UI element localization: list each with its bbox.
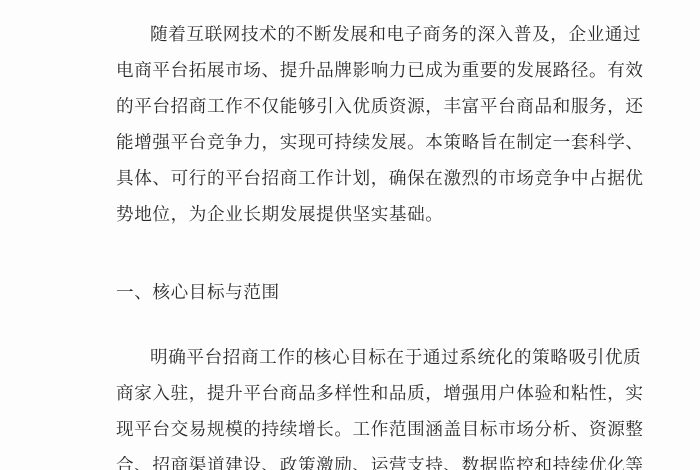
paragraph-line: 的平台招商工作不仅能够引入优质资源，丰富平台商品和服务，还: [116, 96, 586, 118]
paragraph-line: 商家入驻，提升平台商品多样性和品质，增强用户体验和粘性，实: [116, 383, 586, 405]
paragraph-line: 合、招商渠道建设、政策激励、运营支持、数据监控和持续优化等: [116, 455, 586, 470]
paragraph-line: 现平台交易规模的持续增长。工作范围涵盖目标市场分析、资源整: [116, 419, 586, 441]
paragraph-line: 具体、可行的平台招商工作计划，确保在激烈的市场竞争中占据优: [116, 168, 586, 190]
paragraph-line: 能增强平台竞争力，实现可持续发展。本策略旨在制定一套科学、: [116, 132, 586, 154]
paragraph-line: 势地位，为企业长期发展提供坚实基础。: [116, 204, 586, 226]
paragraph-line: 明确平台招商工作的核心目标在于通过系统化的策略吸引优质: [150, 347, 586, 369]
paragraph-line: 随着互联网技术的不断发展和电子商务的深入普及，企业通过: [150, 24, 586, 46]
paragraph-line: 电商平台拓展市场、提升品牌影响力已成为重要的发展路径。有效: [116, 60, 586, 82]
document-page: 随着互联网技术的不断发展和电子商务的深入普及，企业通过 电商平台拓展市场、提升品…: [0, 0, 700, 470]
section-heading: 一、核心目标与范围: [116, 282, 280, 304]
